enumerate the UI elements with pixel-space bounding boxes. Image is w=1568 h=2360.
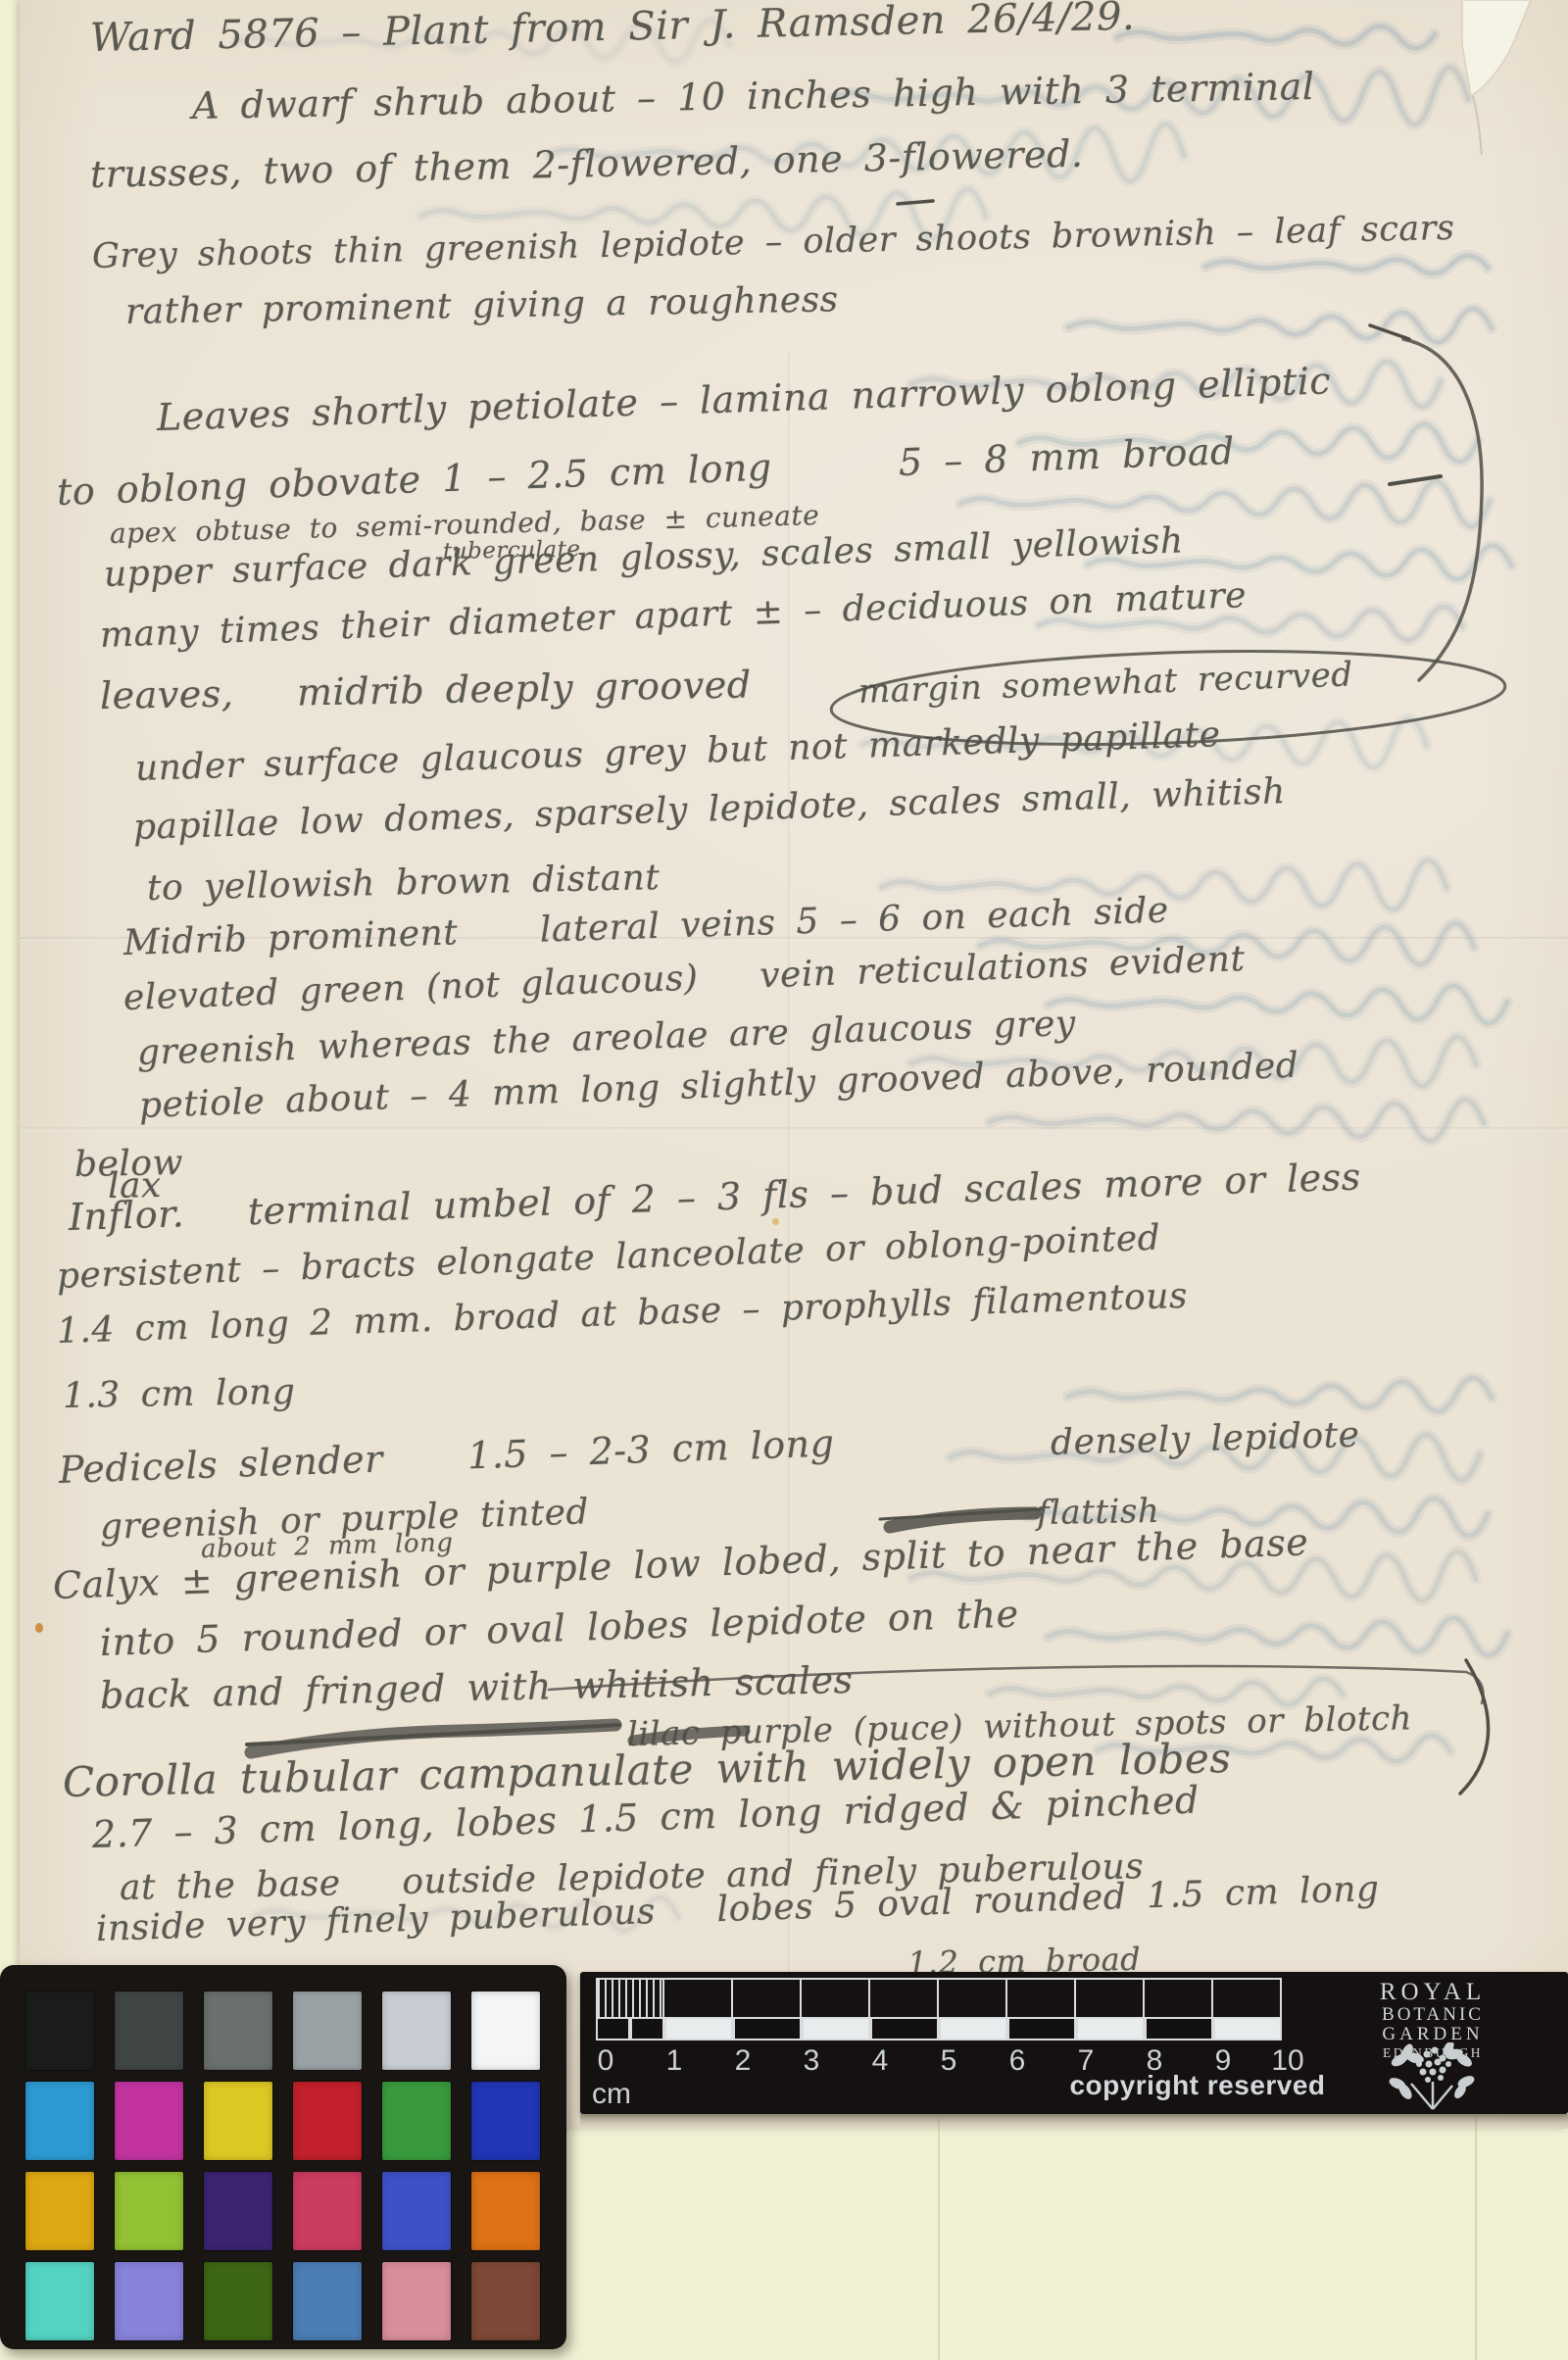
ruler-number: 5 (927, 2044, 970, 2078)
color-swatch-grid (25, 1991, 540, 2340)
color-swatch (204, 2082, 272, 2160)
ink-stain (35, 1623, 43, 1633)
color-swatch (382, 1991, 451, 2070)
ink-stain (772, 1218, 779, 1225)
color-swatch (293, 2082, 362, 2160)
rbge-logo-line: GARDEN (1364, 2025, 1501, 2044)
ruler-number: 2 (721, 2044, 764, 2078)
color-swatch (25, 2082, 94, 2160)
ruler-number: 4 (858, 2044, 902, 2078)
color-swatch (471, 2262, 540, 2340)
color-swatch (115, 1991, 183, 2070)
flower-emblem-icon (1386, 2042, 1480, 2111)
rbge-logo-line: BOTANIC (1364, 2005, 1501, 2025)
color-swatch (115, 2082, 183, 2160)
under-page-edge (1475, 2119, 1477, 2360)
ruler-mm-ticks (596, 1980, 664, 2019)
color-swatch (204, 2172, 272, 2250)
color-swatch (115, 2262, 183, 2340)
ruler-number: 1 (653, 2044, 696, 2078)
ruler-bar: 0 1 2 3 4 5 6 7 8 9 10 cm copyright rese… (580, 1972, 1568, 2114)
color-swatch (382, 2262, 451, 2340)
color-swatch (293, 2172, 362, 2250)
color-swatch (293, 1991, 362, 2070)
color-swatch (115, 2172, 183, 2250)
color-swatch (471, 2172, 540, 2250)
color-swatch (204, 2262, 272, 2340)
color-swatch (25, 1991, 94, 2070)
ruler-checker-strip (596, 2017, 1282, 2040)
color-swatch (204, 1991, 272, 2070)
color-swatch (25, 2262, 94, 2340)
color-swatch (382, 2172, 451, 2250)
fold-crease (20, 1127, 1568, 1131)
scanned-page: Ward 5876 – Plant from Sir J. Ramsden 26… (0, 0, 1568, 2360)
under-page-edge (938, 2119, 940, 2360)
rbge-logo-line: ROYAL (1364, 1980, 1501, 2005)
ruler-shadow (580, 2114, 1568, 2128)
color-swatch (382, 2082, 451, 2160)
ruler-number: 0 (584, 2044, 627, 2078)
handwriting-line: densely lepidote (1050, 1415, 1359, 1463)
ruler-number: 3 (790, 2044, 833, 2078)
color-swatch (293, 2262, 362, 2340)
ruler-tick-row (596, 1978, 1282, 2019)
color-swatch (25, 2172, 94, 2250)
color-calibration-card (0, 1965, 566, 2349)
color-swatch (471, 2082, 540, 2160)
color-swatch (471, 1991, 540, 2070)
handwriting-line: 1.3 cm long (63, 1372, 296, 1416)
cm-unit-label: cm (592, 2078, 631, 2111)
copyright-label: copyright reserved (1011, 2070, 1384, 2101)
